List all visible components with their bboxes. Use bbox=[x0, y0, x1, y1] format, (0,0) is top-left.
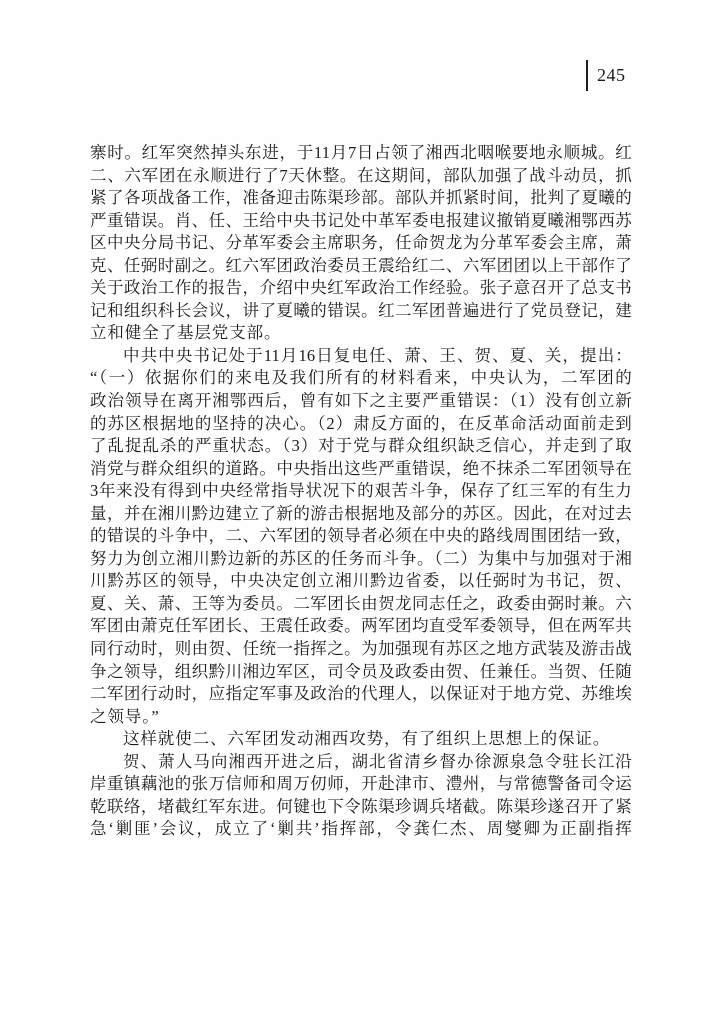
page-number-divider bbox=[586, 60, 588, 91]
text-line: 中共中央书记处于11月16日复电任、萧、王、贺、夏、关，提出： bbox=[90, 345, 632, 368]
text-line: 努力为创立湘川黔边新的苏区的任务而斗争。（二）为集中与加强对于湘 bbox=[90, 548, 632, 571]
text-line: 夏、关、萧、王等为委员。二军团长由贺龙同志任之，政委由弼时兼。六 bbox=[90, 593, 632, 616]
text-line: 的错误的斗争中，二、六军团的领导者必须在中央的路线周围团结一致， bbox=[90, 525, 632, 548]
text-line: 岸重镇藕池的张万信师和周万仞师，开赴津市、澧州，与常德警备司令运 bbox=[90, 773, 632, 796]
text-line: 寨时。红军突然掉头东进，于11月7日占领了湘西北咽喉要地永顺城。红 bbox=[90, 142, 632, 165]
text-line: 川黔苏区的领导，中央决定创立湘川黔边省委，以任弼时为书记，贺、 bbox=[90, 570, 632, 593]
text-line: 的苏区根据地的坚持的决心。（2）肃反方面的，在反革命活动面前走到 bbox=[90, 413, 632, 436]
text-line: “（一）依据你们的来电及我们所有的材料看来，中央认为，二军团的 bbox=[90, 367, 632, 390]
text-block: 寨时。红军突然掉头东进，于11月7日占领了湘西北咽喉要地永顺城。红二、六军团在永… bbox=[90, 142, 632, 841]
text-line: 量，并在湘川黔边建立了新的游击根据地及部分的苏区。因此，在对过去 bbox=[90, 503, 632, 526]
text-line: 二军团行动时，应指定军事及政治的代理人，以保证对于地方党、苏维埃 bbox=[90, 683, 632, 706]
text-line: 严重错误。肖、任、王给中央书记处中革军委电报建议撤销夏曦湘鄂西苏 bbox=[90, 210, 632, 233]
text-line: 军团由萧克任军团长、王震任政委。两军团均直受军委领导，但在两军共 bbox=[90, 615, 632, 638]
text-line: 3年来没有得到中央经常指导状况下的艰苦斗争，保存了红三军的有生力 bbox=[90, 480, 632, 503]
text-line: 消党与群众组织的道路。中央指出这些严重错误，绝不抹杀二军团领导在 bbox=[90, 458, 632, 481]
text-line: 争之领导，组织黔川湘边军区，司令员及政委由贺、任兼任。当贺、任随 bbox=[90, 661, 632, 684]
text-line: 乾联络，堵截红军东进。何键也下令陈渠珍调兵堵截。陈渠珍遂召开了紧 bbox=[90, 796, 632, 819]
text-line: 紧了各项战备工作，准备迎击陈渠珍部。部队并抓紧时间，批判了夏曦的 bbox=[90, 187, 632, 210]
text-line: 贺、萧人马向湘西开进之后，湖北省清乡督办徐源泉急令驻长江沿 bbox=[90, 751, 632, 774]
text-line: 急‘剿匪’会议，成立了‘剿共’指挥部，令龚仁杰、周燮卿为正副指挥 bbox=[90, 818, 632, 841]
text-line: 二、六军团在永顺进行了7天休整。在这期间，部队加强了战斗动员，抓 bbox=[90, 165, 632, 188]
text-line: 克、任弼时副之。红六军团政治委员王震给红二、六军团团以上干部作了 bbox=[90, 255, 632, 278]
book-page: 245 寨时。红军突然掉头东进，于11月7日占领了湘西北咽喉要地永顺城。红二、六… bbox=[0, 0, 715, 1010]
text-line: 关于政治工作的报告，介绍中央红军政治工作经验。张子意召开了总支书 bbox=[90, 277, 632, 300]
text-line: 立和健全了基层党支部。 bbox=[90, 322, 632, 345]
text-line: 这样就使二、六军团发动湘西攻势，有了组织上思想上的保证。 bbox=[90, 728, 632, 751]
text-line: 政治领导在离开湘鄂西后，曾有如下之主要严重错误：（1）没有创立新 bbox=[90, 390, 632, 413]
text-line: 区中央分局书记、分革军委会主席职务，任命贺龙为分革军委会主席，萧 bbox=[90, 232, 632, 255]
text-line: 记和组织科长会议，讲了夏曦的错误。红二军团普遍进行了党员登记，建 bbox=[90, 300, 632, 323]
text-line: 同行动时，则由贺、任统一指挥之。为加强现有苏区之地方武装及游击战 bbox=[90, 638, 632, 661]
text-line: 了乱捉乱杀的严重状态。（3）对于党与群众组织缺乏信心，并走到了取 bbox=[90, 435, 632, 458]
page-number: 245 bbox=[597, 60, 626, 91]
page-number-area: 245 bbox=[586, 60, 626, 91]
text-line: 之领导。” bbox=[90, 706, 632, 729]
